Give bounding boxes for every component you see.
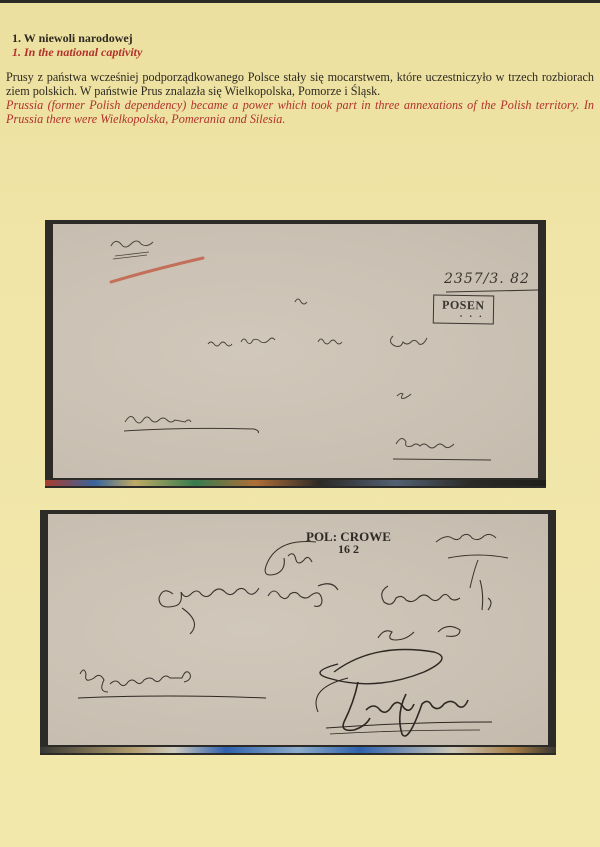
scan-sheen [40, 747, 556, 753]
scan-top-edge [0, 0, 600, 3]
scan-sheen [45, 480, 546, 486]
postmark-date: • • • [442, 313, 485, 322]
cover-1-posen: 2357/3. 82 POSEN • • • [45, 220, 546, 488]
postmark-text: POSEN [442, 298, 485, 313]
description: Prusy z państwa wcześniej podporządkowan… [6, 70, 594, 126]
description-english: Prussia (former Polish dependency) becam… [6, 98, 594, 126]
postmark-pol-crone: POL: CROWE 16 2 [306, 530, 391, 556]
heading-english: 1. In the national captivity [12, 45, 142, 59]
heading-polish: 1. W niewoli narodowej [12, 31, 142, 45]
cover-paper: 2357/3. 82 POSEN • • • [53, 224, 538, 478]
docket-number: 2357/3. 82 [444, 271, 530, 287]
handwriting-strokes [53, 224, 538, 478]
cover-2-pol-crone: POL: CROWE 16 2 [40, 510, 556, 755]
handwriting-strokes [48, 514, 548, 745]
description-polish: Prusy z państwa wcześniej podporządkowan… [6, 70, 594, 98]
postmark-date: 16 2 [306, 543, 391, 556]
section-heading: 1. W niewoli narodowej 1. In the nationa… [12, 31, 142, 59]
postmark-posen: POSEN • • • [433, 294, 494, 324]
cover-paper: POL: CROWE 16 2 [48, 514, 548, 745]
